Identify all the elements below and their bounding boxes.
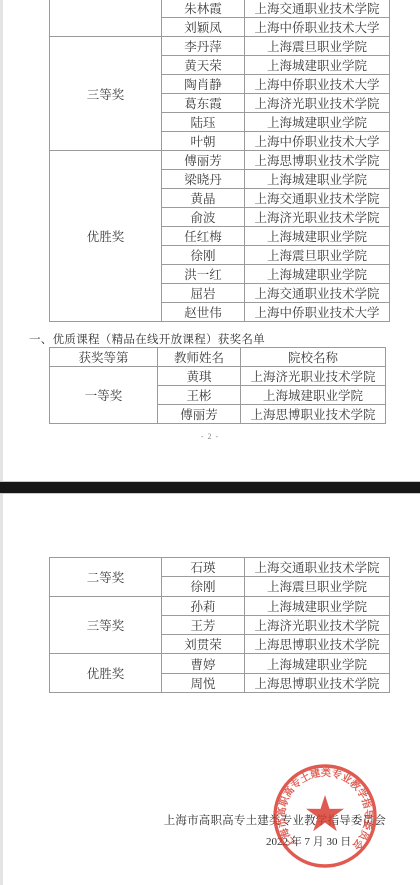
table-row: 优胜奖曹婷上海城建职业学院 xyxy=(50,654,390,673)
institution-cell: 上海交通职业技术学院 xyxy=(245,558,390,577)
table-row: 三等奖孙莉上海城建职业学院 xyxy=(50,596,390,615)
award-grade-cell: 三等奖 xyxy=(50,37,162,151)
table-row: 一等奖黄琪上海济光职业技术学院 xyxy=(50,367,386,386)
teacher-name-cell: 王芳 xyxy=(162,615,245,634)
institution-cell: 上海城建职业学院 xyxy=(245,596,390,615)
institution-cell: 上海交通职业技术学院 xyxy=(245,189,390,208)
award-list-table: 朱林霞上海交通职业技术学院刘颖凤上海中侨职业技术大学三等奖李丹萍上海震旦职业学院… xyxy=(49,0,390,322)
teacher-name-cell: 李丹萍 xyxy=(162,37,245,56)
award-list-table: 获奖等第教师姓名院校名称一等奖黄琪上海济光职业技术学院王彬上海城建职业学院傅丽芳… xyxy=(49,347,386,424)
table-row: 三等奖李丹萍上海震旦职业学院 xyxy=(50,37,390,56)
teacher-name-cell: 陶肖静 xyxy=(162,75,245,94)
page-number: - 2 - xyxy=(0,432,420,441)
institution-cell: 上海济光职业技术学院 xyxy=(245,94,390,113)
teacher-name-cell: 徐刚 xyxy=(162,246,245,265)
award-grade-cell xyxy=(50,0,162,37)
section-heading: 一、优质课程（精品在线开放课程）获奖名单 xyxy=(29,331,265,347)
award-grade-cell: 一等奖 xyxy=(50,367,158,424)
teacher-name-cell: 徐刚 xyxy=(162,577,245,596)
institution-cell: 上海城建职业学院 xyxy=(245,113,390,132)
institution-cell: 上海城建职业学院 xyxy=(241,386,386,405)
document-scan: 朱林霞上海交通职业技术学院刘颖凤上海中侨职业技术大学三等奖李丹萍上海震旦职业学院… xyxy=(0,0,420,885)
teacher-name-cell: 朱林霞 xyxy=(162,0,245,18)
teacher-name-cell: 黄天荣 xyxy=(162,56,245,75)
institution-cell: 上海中侨职业技术大学 xyxy=(245,303,390,322)
award-grade-cell: 三等奖 xyxy=(50,596,162,654)
teacher-name-cell: 孙莉 xyxy=(162,596,245,615)
teacher-name-cell: 刘颖凤 xyxy=(162,18,245,37)
teacher-name-cell: 葛东霞 xyxy=(162,94,245,113)
page-break-bar xyxy=(0,481,420,494)
institution-cell: 上海交通职业技术学院 xyxy=(245,284,390,303)
teacher-name-cell: 屈岩 xyxy=(162,284,245,303)
institution-cell: 上海中侨职业技术大学 xyxy=(245,132,390,151)
teacher-name-cell: 傅丽芳 xyxy=(158,405,241,424)
courses-award-table: 获奖等第教师姓名院校名称一等奖黄琪上海济光职业技术学院王彬上海城建职业学院傅丽芳… xyxy=(49,347,386,424)
institution-cell: 上海交通职业技术学院 xyxy=(245,0,390,18)
table-row: 优胜奖傅丽芳上海思博职业技术学院 xyxy=(50,151,390,170)
award-grade-cell: 优胜奖 xyxy=(50,654,162,693)
award-grade-cell: 二等奖 xyxy=(50,558,162,597)
table-row: 二等奖石瑛上海交通职业技术学院 xyxy=(50,558,390,577)
teacher-name-cell: 赵世伟 xyxy=(162,303,245,322)
teacher-name-cell: 梁晓丹 xyxy=(162,170,245,189)
award-grade-cell: 优胜奖 xyxy=(50,151,162,322)
teacher-name-cell: 曹婷 xyxy=(162,654,245,673)
teacher-name-cell: 洪一红 xyxy=(162,265,245,284)
institution-cell: 上海思博职业技术学院 xyxy=(245,635,390,654)
institution-cell: 上海城建职业学院 xyxy=(245,170,390,189)
institution-cell: 上海城建职业学院 xyxy=(245,56,390,75)
issuer-name: 上海市高职高专土建类专业教学指导委员会 xyxy=(160,812,386,828)
scan-edge-strip xyxy=(0,0,3,885)
institution-cell: 上海济光职业技术学院 xyxy=(245,615,390,634)
institution-cell: 上海济光职业技术学院 xyxy=(241,367,386,386)
teacher-name-cell: 叶朝 xyxy=(162,132,245,151)
institution-cell: 上海中侨职业技术大学 xyxy=(245,75,390,94)
teacher-name-cell: 俞波 xyxy=(162,208,245,227)
institution-cell: 上海思博职业技术学院 xyxy=(245,151,390,170)
institution-cell: 上海震旦职业学院 xyxy=(245,37,390,56)
header-institution: 院校名称 xyxy=(241,348,386,367)
issue-date: 2022 年 7 月 30 日 xyxy=(266,833,351,849)
table-header-row: 获奖等第教师姓名院校名称 xyxy=(50,348,386,367)
header-award-grade: 获奖等第 xyxy=(50,348,158,367)
teacher-name-cell: 刘贯荣 xyxy=(162,635,245,654)
institution-cell: 上海城建职业学院 xyxy=(245,654,390,673)
teacher-name-cell: 任红梅 xyxy=(162,227,245,246)
institution-cell: 上海城建职业学院 xyxy=(245,265,390,284)
institution-cell: 上海中侨职业技术大学 xyxy=(245,18,390,37)
institution-cell: 上海震旦职业学院 xyxy=(245,577,390,596)
institution-cell: 上海思博职业技术学院 xyxy=(241,405,386,424)
institution-cell: 上海思博职业技术学院 xyxy=(245,673,390,692)
teacher-name-cell: 王彬 xyxy=(158,386,241,405)
table-row: 朱林霞上海交通职业技术学院 xyxy=(50,0,390,18)
teacher-name-cell: 黄琪 xyxy=(158,367,241,386)
institution-cell: 上海城建职业学院 xyxy=(245,227,390,246)
courses-award-table-continued: 二等奖石瑛上海交通职业技术学院徐刚上海震旦职业学院三等奖孙莉上海城建职业学院王芳… xyxy=(49,557,390,693)
awards-table-continued: 朱林霞上海交通职业技术学院刘颖凤上海中侨职业技术大学三等奖李丹萍上海震旦职业学院… xyxy=(49,0,390,322)
header-teacher-name: 教师姓名 xyxy=(158,348,241,367)
teacher-name-cell: 陆珏 xyxy=(162,113,245,132)
teacher-name-cell: 傅丽芳 xyxy=(162,151,245,170)
teacher-name-cell: 黄晶 xyxy=(162,189,245,208)
award-list-table: 二等奖石瑛上海交通职业技术学院徐刚上海震旦职业学院三等奖孙莉上海城建职业学院王芳… xyxy=(49,557,390,693)
teacher-name-cell: 周悦 xyxy=(162,673,245,692)
institution-cell: 上海济光职业技术学院 xyxy=(245,208,390,227)
institution-cell: 上海震旦职业学院 xyxy=(245,246,390,265)
teacher-name-cell: 石瑛 xyxy=(162,558,245,577)
